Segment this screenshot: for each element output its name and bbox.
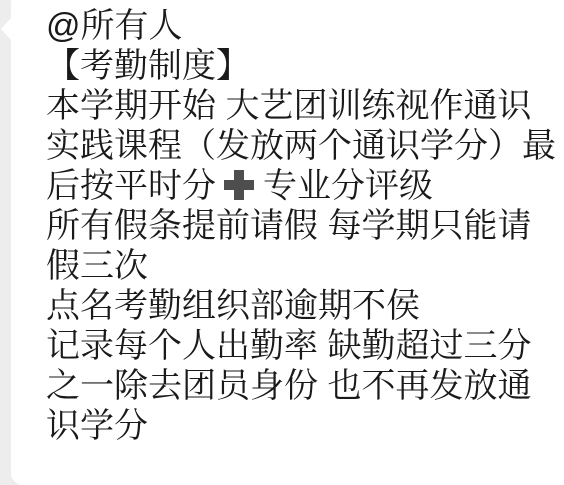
message-line: 假三次 xyxy=(46,246,564,286)
message-line: 点名考勤组织部逾期不侯 xyxy=(46,286,564,326)
message-line-text: 后按平时分 xyxy=(46,167,216,205)
message-line: @所有人 xyxy=(46,6,564,46)
heavy-plus-icon xyxy=(222,168,256,202)
message-line: 【考勤制度】 xyxy=(46,46,564,86)
message-line: 本学期开始 大艺团训练视作通识 xyxy=(46,86,564,126)
message-line: 实践课程（发放两个通识学分）最 xyxy=(46,126,564,166)
message-line-text: 专业分评级 xyxy=(263,167,433,205)
message-bubble[interactable]: @所有人【考勤制度】本学期开始 大艺团训练视作通识实践课程（发放两个通识学分）最… xyxy=(11,0,564,485)
bubble-tail xyxy=(1,17,12,41)
message-line: 记录每个人出勤率 缺勤超过三分 xyxy=(46,326,564,366)
message-line: 之一除去团员身份 也不再发放通 xyxy=(46,366,564,406)
message-text: @所有人【考勤制度】本学期开始 大艺团训练视作通识实践课程（发放两个通识学分）最… xyxy=(46,6,564,446)
chat-background: @所有人【考勤制度】本学期开始 大艺团训练视作通识实践课程（发放两个通识学分）最… xyxy=(0,0,564,485)
message-line: 识学分 xyxy=(46,406,564,446)
message-line: 后按平时分专业分评级 xyxy=(46,166,564,206)
message-line: 所有假条提前请假 每学期只能请 xyxy=(46,206,564,246)
